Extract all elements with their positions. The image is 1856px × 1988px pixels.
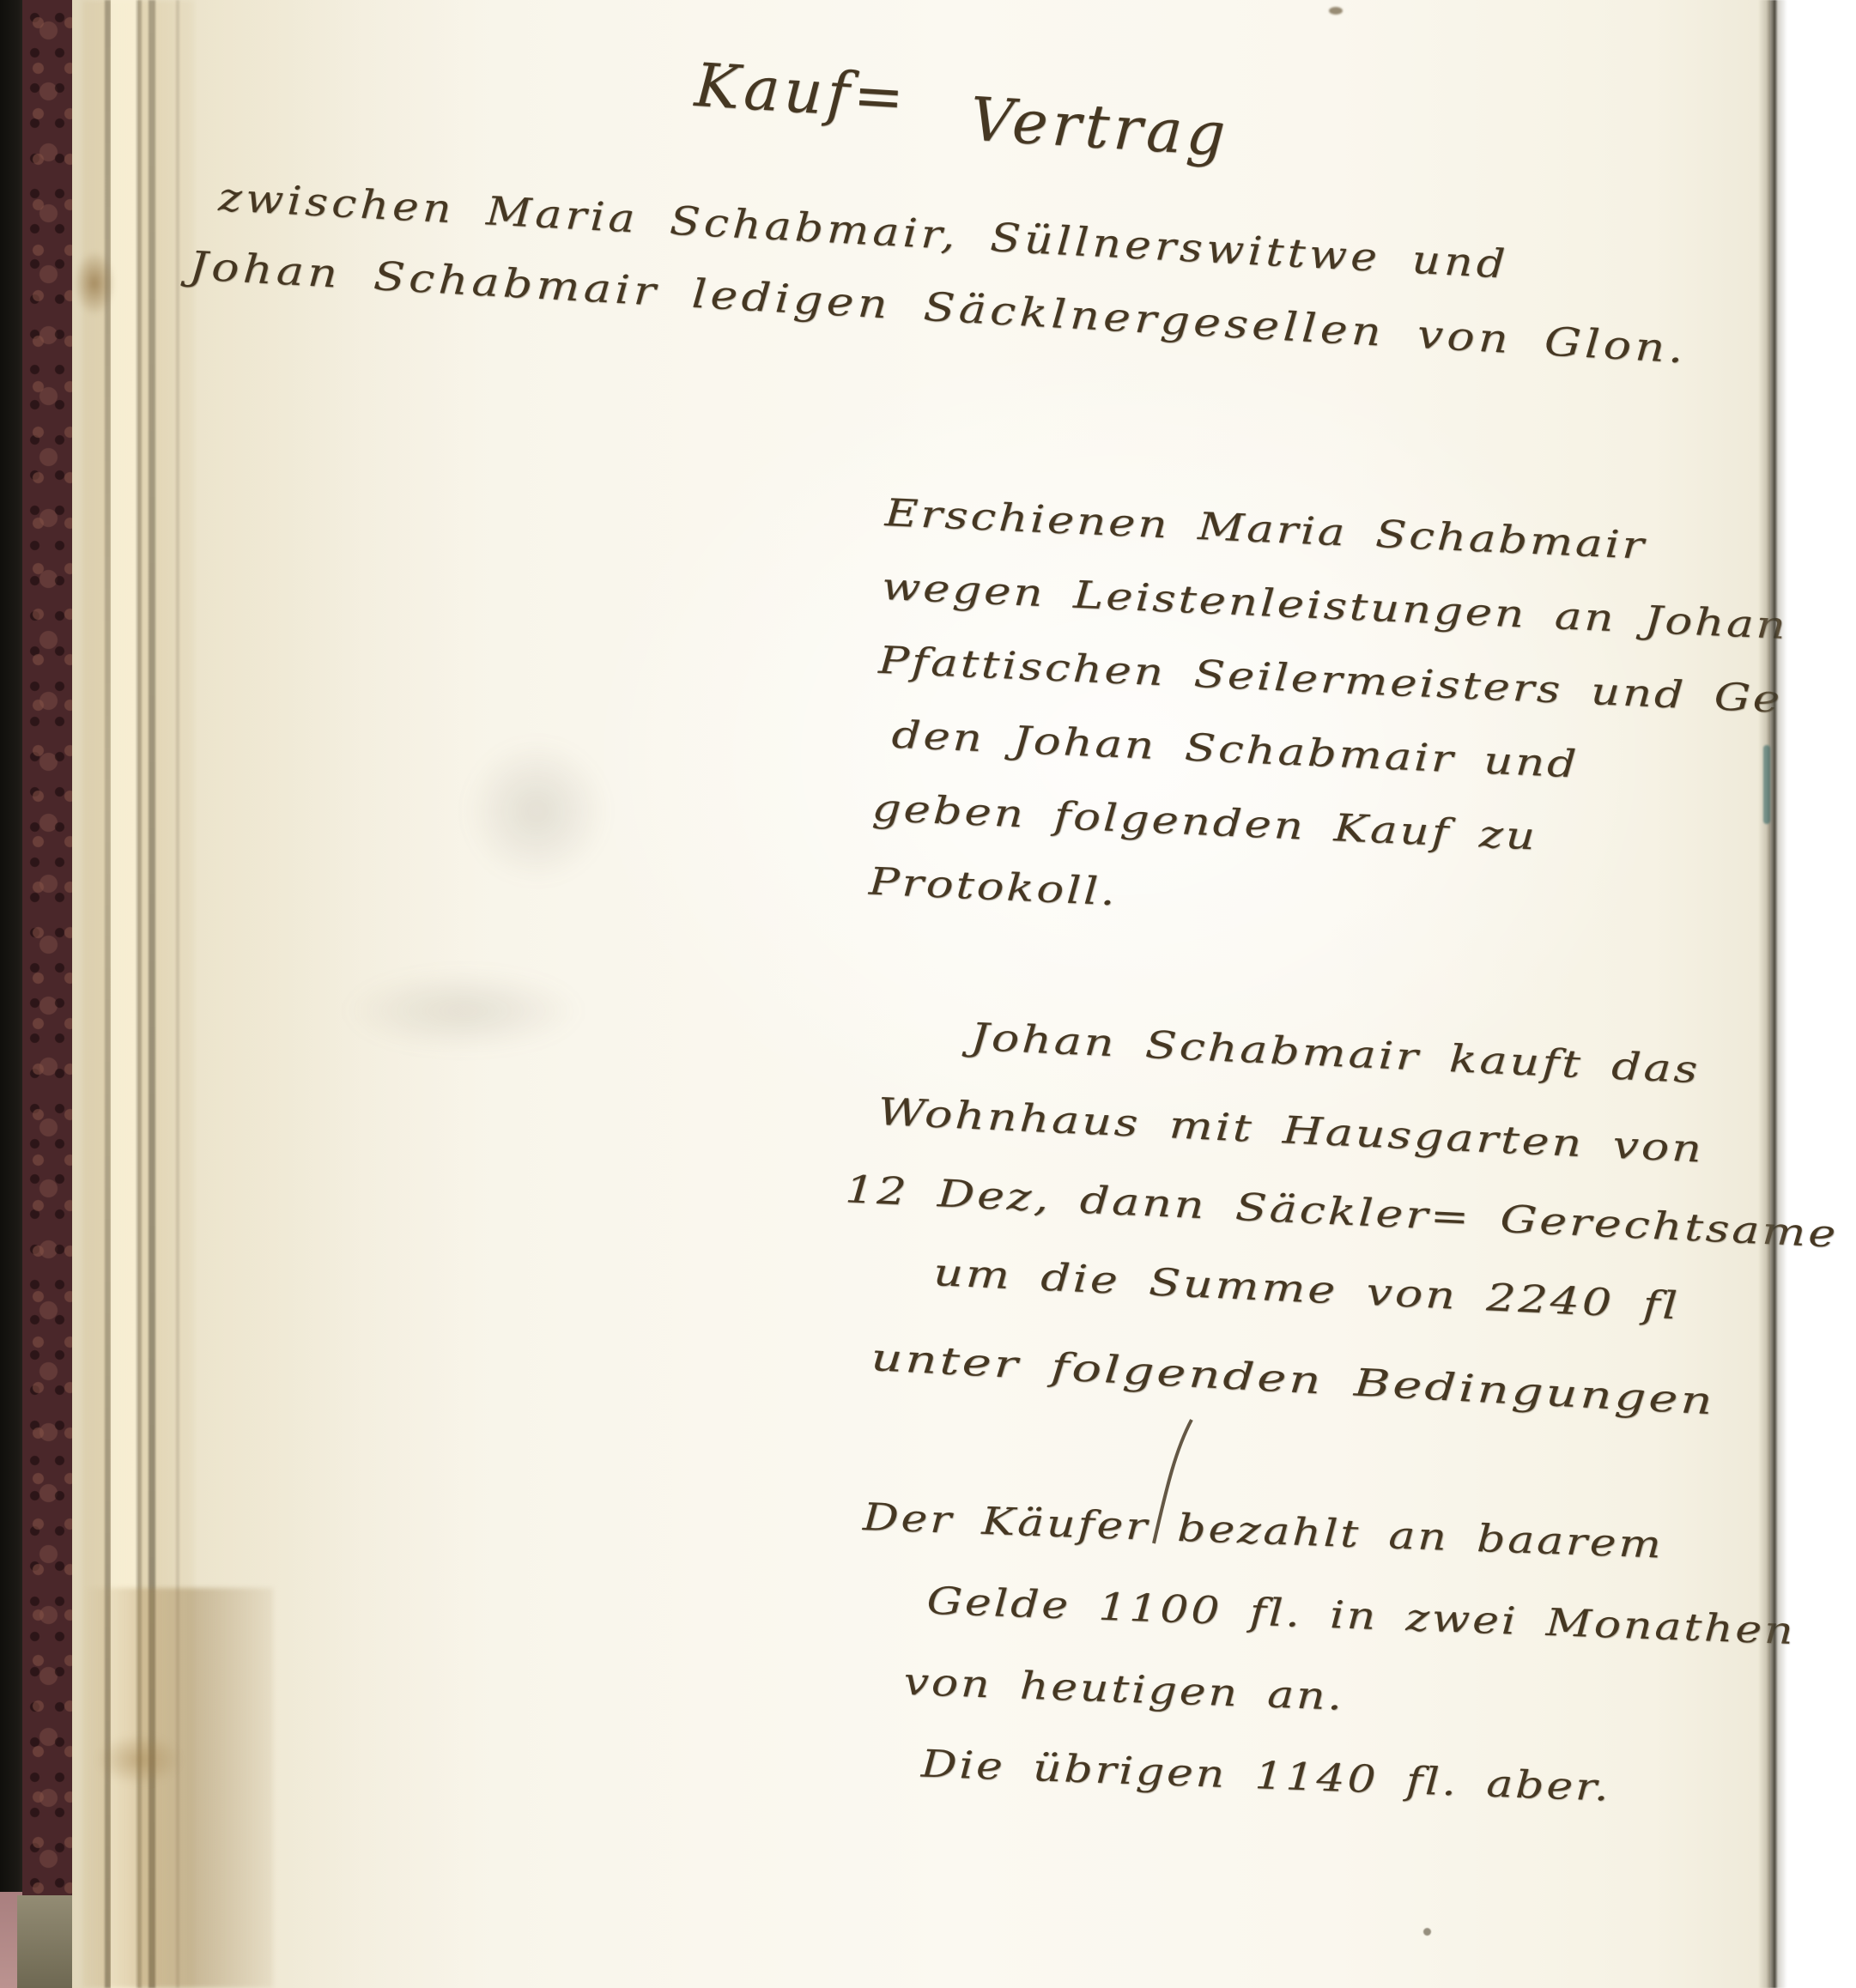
paragraph-appearance: Erschienen Maria Schabmair wegen Leisten… [866, 491, 1792, 973]
marbled-cover-edge [22, 0, 76, 1899]
page-right-edge [1758, 0, 1787, 1988]
fold-bottom-stain [84, 1588, 273, 1988]
paragraph-payment: Der Käufer bezahlt an baarem Gelde 1100 … [852, 1495, 1799, 1854]
paragraph-purchase: Johan Schabmair kauft das Wohnhaus mit H… [868, 1011, 1846, 1371]
paper-speck [1423, 1928, 1431, 1936]
paper-smudge [464, 738, 610, 884]
edge-teal-mark [1763, 745, 1770, 824]
title-word-kauf: Kauf= [693, 50, 910, 133]
manuscript-scan: Kauf=Vertrag zwischen Maria Schabmair, S… [0, 0, 1856, 1988]
ink-stain [74, 251, 115, 316]
ink-stain [96, 1734, 182, 1785]
cover-corner-olive [17, 1895, 79, 1988]
paper-speck [1329, 7, 1343, 15]
paper-smudge [343, 970, 584, 1052]
